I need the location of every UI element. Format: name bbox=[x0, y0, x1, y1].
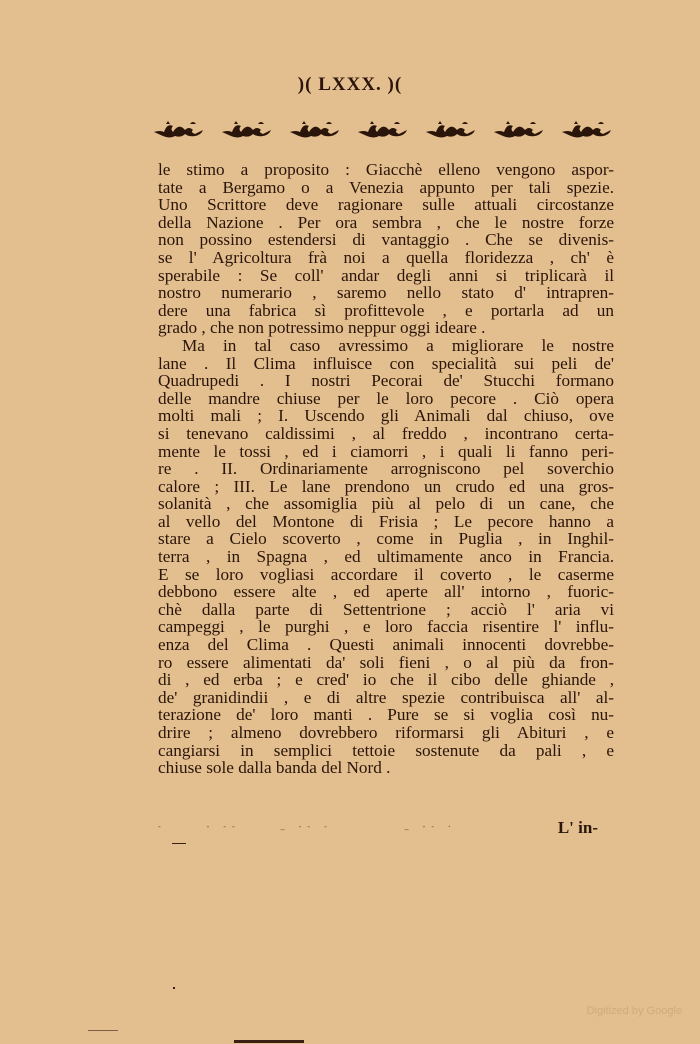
page-number: LXXX. bbox=[318, 74, 382, 95]
text-line: delle mandre chiuse per le loro pecore .… bbox=[158, 390, 614, 408]
text-line: della Nazione . Per ora sembra , che le … bbox=[158, 214, 614, 232]
text-line: terazione de' loro manti . Pure se si vo… bbox=[158, 706, 614, 724]
print-specks: - - -- _ -- - _ -- · bbox=[158, 822, 457, 831]
text-line: stare a Cielo scoverto , come in Puglia … bbox=[158, 530, 614, 548]
catchword-row: - - -- _ -- - _ -- · L' in- bbox=[158, 818, 614, 838]
page-number-close-bracket: )( bbox=[388, 74, 403, 95]
text-line: molti mali ; I. Uscendo gli Animali dal … bbox=[158, 407, 614, 425]
ink-speck bbox=[88, 1030, 118, 1031]
vine-ornament-icon bbox=[560, 118, 622, 140]
catchword: L' in- bbox=[558, 818, 598, 838]
text-line: calore ; III. Le lane prendono un crudo … bbox=[158, 478, 614, 496]
text-line: mente le tossi , ed i ciamorri , i quali… bbox=[158, 443, 614, 461]
text-line: sperabile : Se coll' andar degli anni si… bbox=[158, 267, 614, 285]
text-line: campeggi , le purghi , e loro faccia ris… bbox=[158, 618, 614, 636]
text-line: al vello del Montone di Frisia ; Le peco… bbox=[158, 513, 614, 531]
text-line: ro essere alimentati da' soli fieni , o … bbox=[158, 654, 614, 672]
text-line: non possino estendersi di vantaggio . Ch… bbox=[158, 231, 614, 249]
text-line: di , ed erba ; e cred' io che il cibo de… bbox=[158, 671, 614, 689]
text-line: de' granidindii , e di altre spezie cont… bbox=[158, 689, 614, 707]
text-line: le stimo a proposito : Giacchè elleno ve… bbox=[158, 161, 614, 179]
text-line: enza del Clima . Questi animali innocent… bbox=[158, 636, 614, 654]
vine-ornament-icon bbox=[220, 118, 282, 140]
text-line: debbono essere alte , ed aperte all' int… bbox=[158, 583, 614, 601]
text-line: nostro numerario , saremo nello stato d'… bbox=[158, 284, 614, 302]
ink-speck bbox=[234, 1040, 304, 1043]
text-line: Uno Scrittore deve ragionare sulle attua… bbox=[158, 196, 614, 214]
text-line: se l' Agricoltura frà noi a quella flori… bbox=[158, 249, 614, 267]
text-line: chè dalla parte di Settentrione ; acciò … bbox=[158, 601, 614, 619]
vine-ornament-icon bbox=[356, 118, 418, 140]
digitization-watermark: Digitized by Google bbox=[587, 1005, 682, 1017]
text-line: grado , che non potressimo neppur oggi i… bbox=[158, 319, 614, 337]
text-line: dere una fabrica sì profittevole , e por… bbox=[158, 302, 614, 320]
ink-speck bbox=[172, 843, 186, 844]
vine-ornament-icon bbox=[288, 118, 350, 140]
text-line: tate a Bergamo o a Venezia appunto per t… bbox=[158, 179, 614, 197]
page-number-open-bracket: )( bbox=[298, 74, 313, 95]
paragraph-start-line: Ma in tal caso avressimo a migliorare le… bbox=[158, 337, 614, 355]
text-line: terra , in Spagna , ed ultimamente anco … bbox=[158, 548, 614, 566]
vine-ornament-icon bbox=[424, 118, 486, 140]
body-text: le stimo a proposito : Giacchè elleno ve… bbox=[158, 161, 614, 777]
vine-ornament-icon bbox=[492, 118, 554, 140]
vine-ornament-icon bbox=[152, 118, 214, 140]
text-line: drire ; almeno dovrebbero riformarsi gli… bbox=[158, 724, 614, 742]
text-line: lane . Il Clima influisce con specialità… bbox=[158, 355, 614, 373]
text-line: solanità , che assomiglia più al pelo di… bbox=[158, 495, 614, 513]
text-line: si tenevano caldissimi , al freddo , inc… bbox=[158, 425, 614, 443]
text-line: chiuse sole dalla banda del Nord . bbox=[158, 759, 614, 777]
text-line: Quadrupedi . I nostri Pecorai de' Stucch… bbox=[158, 372, 614, 390]
decorative-ornament-band bbox=[152, 116, 622, 142]
text-line: re . II. Ordinariamente arrogniscono pel… bbox=[158, 460, 614, 478]
text-line: cangiarsi in semplici tettoie sostenute … bbox=[158, 742, 614, 760]
page-number-header: )( LXXX. )( bbox=[0, 74, 700, 96]
ink-speck bbox=[173, 987, 175, 989]
text-line: E se loro vogliasi accordare il coverto … bbox=[158, 566, 614, 584]
